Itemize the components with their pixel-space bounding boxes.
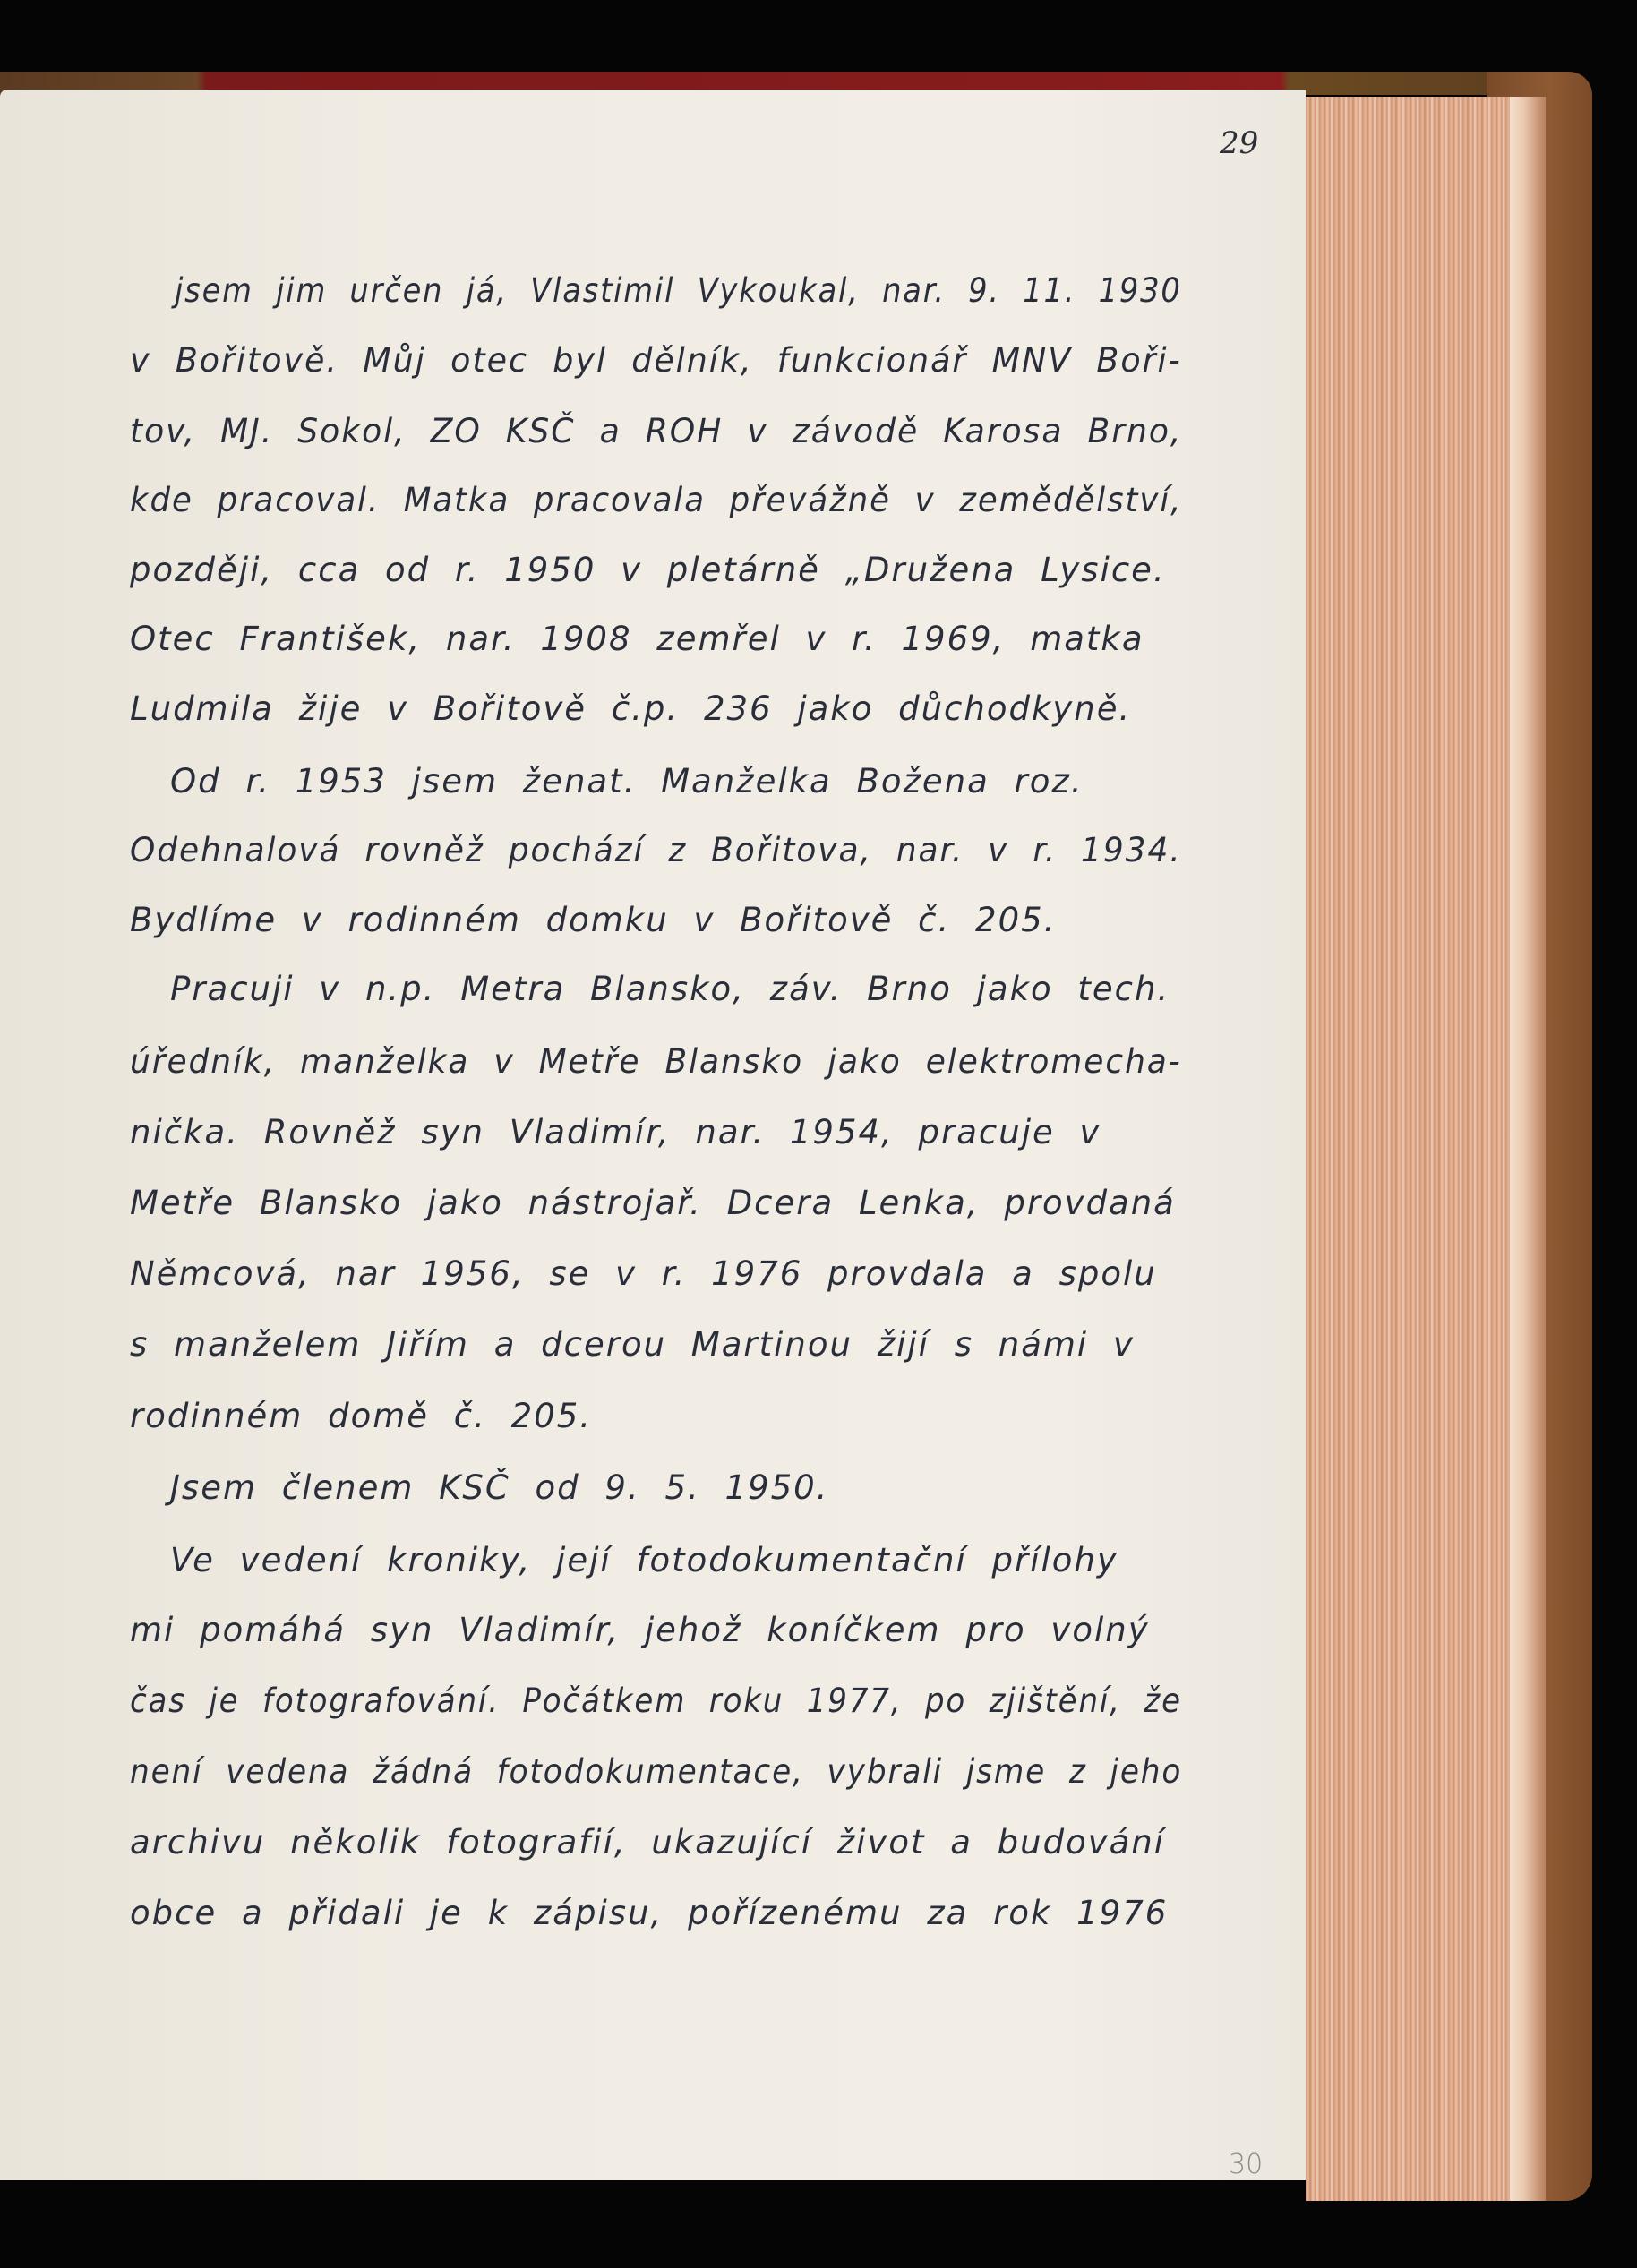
text-line: Metře Blansko jako nástrojař. Dcera Lenk…: [130, 1186, 1176, 1220]
handwritten-text: jsem jim určen já, Vlastimil Vykoukal, n…: [0, 90, 1306, 2180]
chronicle-page: 29 jsem jim určen já, Vlastimil Vykoukal…: [0, 90, 1306, 2180]
text-line: Jsem členem KSČ od 9. 5. 1950.: [170, 1471, 828, 1504]
text-line: kde pracoval. Matka pracovala převážně v…: [130, 484, 1182, 517]
text-line: nička. Rovněž syn Vladimír, nar. 1954, p…: [130, 1116, 1101, 1149]
text-line: obce a přidali je k zápisu, pořízenému z…: [130, 1896, 1168, 1930]
pencil-page-number: 30: [1229, 2149, 1263, 2180]
text-line: Otec František, nar. 1908 zemřel v r. 19…: [130, 622, 1144, 655]
text-line: rodinném domě č. 205.: [130, 1399, 592, 1433]
text-line: tov, MJ. Sokol, ZO KSČ a ROH v závodě Ka…: [130, 415, 1182, 448]
text-line: čas je fotografování. Počátkem roku 1977…: [130, 1684, 1182, 1717]
text-line: Od r. 1953 jsem ženat. Manželka Božena r…: [170, 765, 1084, 798]
text-line: není vedena žádná fotodokumentace, vybra…: [130, 1755, 1182, 1788]
text-line: později, cca od r. 1950 v pletárně „Druž…: [130, 553, 1166, 586]
text-line: Němcová, nar 1956, se v r. 1976 provdala…: [130, 1257, 1157, 1290]
text-line: v Bořitově. Můj otec byl dělník, funkcio…: [130, 344, 1182, 377]
text-line: jsem jim určen já, Vlastimil Vykoukal, n…: [175, 274, 1182, 307]
text-line: archivu několik fotografií, ukazující ži…: [130, 1826, 1165, 1859]
text-line: Ve vedení kroniky, její fotodokumentační…: [170, 1544, 1118, 1577]
text-line: mi pomáhá syn Vladimír, jehož koníčkem p…: [130, 1613, 1150, 1647]
text-line: Pracuji v n.p. Metra Blansko, záv. Brno …: [170, 972, 1170, 1006]
text-line: Bydlíme v rodinném domku v Bořitově č. 2…: [130, 903, 1056, 937]
text-line: s manželem Jiřím a dcerou Martinou žijí …: [130, 1328, 1135, 1361]
text-line: Odehnalová rovněž pochází z Bořitova, na…: [130, 834, 1182, 867]
text-line: úředník, manželka v Metře Blansko jako e…: [130, 1045, 1182, 1078]
page-edges-stack: [1306, 97, 1546, 2201]
text-line: Ludmila žije v Bořitově č.p. 236 jako dů…: [130, 692, 1131, 725]
